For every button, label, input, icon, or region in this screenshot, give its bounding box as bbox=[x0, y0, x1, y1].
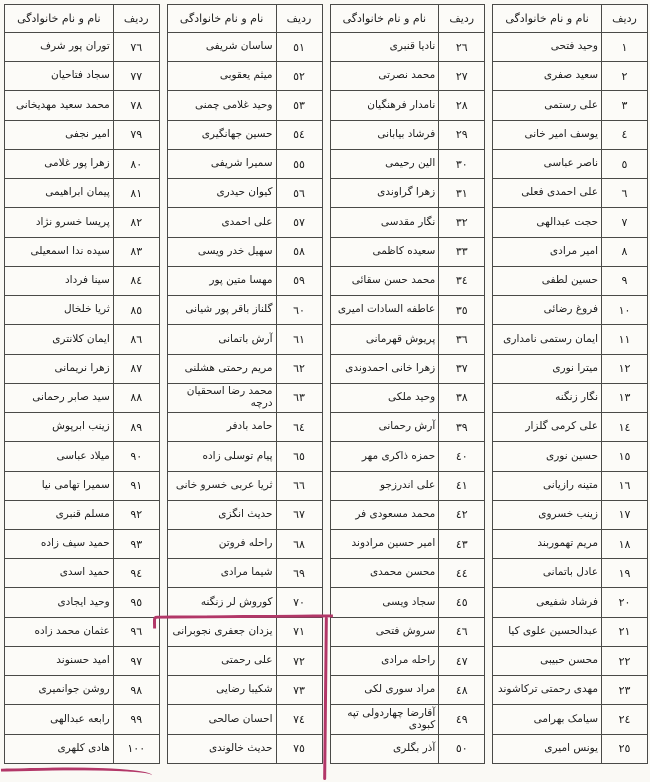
person-name: حدیث خالوندی bbox=[167, 734, 276, 763]
person-name: توران پور شرف bbox=[5, 33, 114, 62]
row-number: ٥٦ bbox=[276, 179, 322, 208]
person-name: سمیرا شریفی bbox=[167, 149, 276, 178]
row-number: ٩٦ bbox=[113, 617, 159, 646]
table-row: ٧٢علی رحمتی bbox=[167, 646, 322, 675]
table-row: ٣١زهرا گراوندی bbox=[330, 179, 485, 208]
person-name: محمد مسعودی فر bbox=[330, 500, 439, 529]
person-name: مهسا متین پور bbox=[167, 266, 276, 295]
person-name: نامدار فرهنگیان bbox=[330, 91, 439, 120]
index-header: ردیف bbox=[439, 5, 485, 33]
row-number: ٦٩ bbox=[276, 559, 322, 588]
row-number: ٧٧ bbox=[113, 62, 159, 91]
row-number: ٩٣ bbox=[113, 529, 159, 558]
row-number: ١٩ bbox=[602, 559, 648, 588]
person-name: علی احمدی فعلی bbox=[493, 179, 602, 208]
person-name: فرشاد بیابانی bbox=[330, 120, 439, 149]
row-number: ٧١ bbox=[276, 617, 322, 646]
table-row: ٤٣امیر حسین مرادوند bbox=[330, 529, 485, 558]
person-name: حدیث انگزی bbox=[167, 500, 276, 529]
table-row: ٦٦ثریا عربی خسرو خانی bbox=[167, 471, 322, 500]
header-row: ردیفنام و نام خانوادگی bbox=[167, 5, 322, 33]
roster-group-3: ردیفنام و نام خانوادگی٥١ساسان شریفی٥٢میث… bbox=[167, 4, 323, 764]
table-row: ٥٦کیوان حیدری bbox=[167, 179, 322, 208]
row-number: ٢١ bbox=[602, 617, 648, 646]
row-number: ٢٠ bbox=[602, 588, 648, 617]
name-header: نام و نام خانوادگی bbox=[5, 5, 114, 33]
row-number: ٥ bbox=[602, 149, 648, 178]
table-row: ٧١یزدان جعفری نجوبرانی bbox=[167, 617, 322, 646]
person-name: راحله مرادی bbox=[330, 646, 439, 675]
row-number: ٧ bbox=[602, 208, 648, 237]
person-name: عثمان محمد زاده bbox=[5, 617, 114, 646]
person-name: راحله فروتن bbox=[167, 529, 276, 558]
table-row: ٤٢محمد مسعودی فر bbox=[330, 500, 485, 529]
row-number: ١ bbox=[602, 33, 648, 62]
row-number: ٦٢ bbox=[276, 354, 322, 383]
table-row: ٨٣سیده ندا اسمعیلی bbox=[5, 237, 160, 266]
table-row: ٨٨سید صابر رحمانی bbox=[5, 383, 160, 412]
table-row: ٥٩مهسا متین پور bbox=[167, 266, 322, 295]
table-row: ٩حسین لطفی bbox=[493, 266, 648, 295]
row-number: ٣١ bbox=[439, 179, 485, 208]
person-name: سجاد فتاحیان bbox=[5, 62, 114, 91]
table-row: ٢سعید صفری bbox=[493, 62, 648, 91]
table-row: ٤١علی اندرزجو bbox=[330, 471, 485, 500]
row-number: ٥٧ bbox=[276, 208, 322, 237]
table-row: ١٥حسین نوری bbox=[493, 442, 648, 471]
row-number: ١٨ bbox=[602, 529, 648, 558]
row-number: ٢٦ bbox=[439, 33, 485, 62]
row-number: ٥٢ bbox=[276, 62, 322, 91]
person-name: محمد حسن سقائی bbox=[330, 266, 439, 295]
name-header: نام و نام خانوادگی bbox=[493, 5, 602, 33]
row-number: ٨٦ bbox=[113, 325, 159, 354]
header-row: ردیفنام و نام خانوادگی bbox=[493, 5, 648, 33]
person-name: یوسف امیر خانی bbox=[493, 120, 602, 149]
table-row: ٤٨مراد سوری لکی bbox=[330, 676, 485, 705]
person-name: فرشاد شفیعی bbox=[493, 588, 602, 617]
row-number: ٣٢ bbox=[439, 208, 485, 237]
row-number: ٨٢ bbox=[113, 208, 159, 237]
row-number: ٩١ bbox=[113, 471, 159, 500]
table-row: ٥٧علی احمدی bbox=[167, 208, 322, 237]
row-number: ٣٨ bbox=[439, 383, 485, 412]
person-name: حمید اسدی bbox=[5, 559, 114, 588]
person-name: سینا فرداد bbox=[5, 266, 114, 295]
person-name: حامد بادفر bbox=[167, 413, 276, 442]
person-name: عبدالحسین علوی کیا bbox=[493, 617, 602, 646]
person-name: زینب خسروی bbox=[493, 500, 602, 529]
table-row: ٦علی احمدی فعلی bbox=[493, 179, 648, 208]
row-number: ٩٠ bbox=[113, 442, 159, 471]
row-number: ٤٣ bbox=[439, 529, 485, 558]
person-name: آرش رحمانی bbox=[330, 413, 439, 442]
table-row: ٩٣حمید سیف زاده bbox=[5, 529, 160, 558]
person-name: سهیل خدر ویسی bbox=[167, 237, 276, 266]
row-number: ٤٨ bbox=[439, 676, 485, 705]
person-name: روشن جوانمیری bbox=[5, 676, 114, 705]
person-name: نگار مقدسی bbox=[330, 208, 439, 237]
row-number: ٨١ bbox=[113, 179, 159, 208]
person-name: سیده ندا اسمعیلی bbox=[5, 237, 114, 266]
table-row: ٢٣مهدی رحمتی ترکاشوند bbox=[493, 676, 648, 705]
person-name: ناصر عباسی bbox=[493, 149, 602, 178]
row-number: ٢ bbox=[602, 62, 648, 91]
person-name: حسین جهانگیری bbox=[167, 120, 276, 149]
table-row: ٤٥سجاد ویسی bbox=[330, 588, 485, 617]
table-row: ٩٠میلاد عباسی bbox=[5, 442, 160, 471]
row-number: ٣٦ bbox=[439, 325, 485, 354]
row-number: ٨٤ bbox=[113, 266, 159, 295]
row-number: ١٣ bbox=[602, 383, 648, 412]
person-name: علی کرمی گلزار bbox=[493, 413, 602, 442]
table-row: ٤٦سروش فتحی bbox=[330, 617, 485, 646]
table-row: ٩٦عثمان محمد زاده bbox=[5, 617, 160, 646]
person-name: ایمان کلانتری bbox=[5, 325, 114, 354]
row-number: ٨٥ bbox=[113, 296, 159, 325]
scanned-roster-sheet: ردیفنام و نام خانوادگی١وحید فتحی٢سعید صف… bbox=[0, 0, 650, 782]
table-row: ٢٦نادیا قنبری bbox=[330, 33, 485, 62]
person-name: محمد نصرتی bbox=[330, 62, 439, 91]
person-name: آقارضا چهاردولی تپه کبودی bbox=[330, 705, 439, 734]
table-row: ١٨مریم تهموربند bbox=[493, 529, 648, 558]
row-number: ٩٥ bbox=[113, 588, 159, 617]
table-row: ٣٩آرش رحمانی bbox=[330, 413, 485, 442]
table-row: ٣٣سعیده کاظمی bbox=[330, 237, 485, 266]
person-name: احسان صالحی bbox=[167, 705, 276, 734]
row-number: ٥٠ bbox=[439, 734, 485, 763]
person-name: سروش فتحی bbox=[330, 617, 439, 646]
table-row: ٣٢نگار مقدسی bbox=[330, 208, 485, 237]
table-row: ٢٠فرشاد شفیعی bbox=[493, 588, 648, 617]
table-row: ١٢میترا نوری bbox=[493, 354, 648, 383]
row-number: ٤١ bbox=[439, 471, 485, 500]
row-number: ٨٩ bbox=[113, 413, 159, 442]
person-name: ایمان رستمی نامداری bbox=[493, 325, 602, 354]
row-number: ٦٥ bbox=[276, 442, 322, 471]
person-name: رابعه عبدالهی bbox=[5, 705, 114, 734]
person-name: پریوش قهرمانی bbox=[330, 325, 439, 354]
table-row: ٢١عبدالحسین علوی کیا bbox=[493, 617, 648, 646]
table-row: ١١ایمان رستمی نامداری bbox=[493, 325, 648, 354]
person-name: حمزه ذاکری مهر bbox=[330, 442, 439, 471]
person-name: عادل باتمانی bbox=[493, 559, 602, 588]
table-row: ٣٧زهرا خانی احمدوندی bbox=[330, 354, 485, 383]
person-name: الین رحیمی bbox=[330, 149, 439, 178]
row-number: ٤٤ bbox=[439, 559, 485, 588]
table-row: ١٧زینب خسروی bbox=[493, 500, 648, 529]
row-number: ١٠ bbox=[602, 296, 648, 325]
header-row: ردیفنام و نام خانوادگی bbox=[5, 5, 160, 33]
person-name: محسن محمدی bbox=[330, 559, 439, 588]
table-row: ٥١ساسان شریفی bbox=[167, 33, 322, 62]
table-row: ٧٧سجاد فتاحیان bbox=[5, 62, 160, 91]
row-number: ٢٤ bbox=[602, 705, 648, 734]
person-name: زینب ابرپوش bbox=[5, 413, 114, 442]
table-row: ٩٨روشن جوانمیری bbox=[5, 676, 160, 705]
name-header: نام و نام خانوادگی bbox=[330, 5, 439, 33]
row-number: ٨٨ bbox=[113, 383, 159, 412]
row-number: ٤ bbox=[602, 120, 648, 149]
row-number: ٥٩ bbox=[276, 266, 322, 295]
row-number: ٢٥ bbox=[602, 734, 648, 763]
table-row: ٨٧زهرا نریمانی bbox=[5, 354, 160, 383]
person-name: امید حسنوند bbox=[5, 646, 114, 675]
person-name: سعید صفری bbox=[493, 62, 602, 91]
table-row: ٤٤محسن محمدی bbox=[330, 559, 485, 588]
row-number: ٩٨ bbox=[113, 676, 159, 705]
person-name: گلناز باقر پور شیانی bbox=[167, 296, 276, 325]
person-name: حمید سیف زاده bbox=[5, 529, 114, 558]
row-number: ١٢ bbox=[602, 354, 648, 383]
person-name: سمیرا تهامی نیا bbox=[5, 471, 114, 500]
table-row: ٤٠حمزه ذاکری مهر bbox=[330, 442, 485, 471]
person-name: آرش باتمانی bbox=[167, 325, 276, 354]
row-number: ٧٦ bbox=[113, 33, 159, 62]
row-number: ٩٢ bbox=[113, 500, 159, 529]
table-row: ١وحید فتحی bbox=[493, 33, 648, 62]
row-number: ٧٨ bbox=[113, 91, 159, 120]
table-row: ٧٨محمد سعید مهدیخانی bbox=[5, 91, 160, 120]
person-name: کیوان حیدری bbox=[167, 179, 276, 208]
person-name: نگار زنگنه bbox=[493, 383, 602, 412]
person-name: وحید غلامی چمنی bbox=[167, 91, 276, 120]
table-row: ٨٢پریسا خسرو نژاد bbox=[5, 208, 160, 237]
person-name: مریم رحمتی هشلنی bbox=[167, 354, 276, 383]
table-row: ٧٩امیر نجفی bbox=[5, 120, 160, 149]
person-name: وحید ایجادی bbox=[5, 588, 114, 617]
table-row: ٣٠الین رحیمی bbox=[330, 149, 485, 178]
table-row: ٨٠زهرا پور غلامی bbox=[5, 149, 160, 178]
row-number: ٦٠ bbox=[276, 296, 322, 325]
table-row: ٧٥حدیث خالوندی bbox=[167, 734, 322, 763]
table-row: ٣٨وحید ملکی bbox=[330, 383, 485, 412]
row-number: ٢٨ bbox=[439, 91, 485, 120]
person-name: امیر مرادی bbox=[493, 237, 602, 266]
table-row: ٨١پیمان ابراهیمی bbox=[5, 179, 160, 208]
person-name: یزدان جعفری نجوبرانی bbox=[167, 617, 276, 646]
table-row: ٥٥سمیرا شریفی bbox=[167, 149, 322, 178]
table-row: ٩٩رابعه عبدالهی bbox=[5, 705, 160, 734]
person-name: کوروش لر زنگنه bbox=[167, 588, 276, 617]
row-number: ٧٥ bbox=[276, 734, 322, 763]
person-name: زهرا خانی احمدوندی bbox=[330, 354, 439, 383]
table-row: ٣٤محمد حسن سقائی bbox=[330, 266, 485, 295]
person-name: امیر نجفی bbox=[5, 120, 114, 149]
person-name: سیامک بهرامی bbox=[493, 705, 602, 734]
table-row: ٩٧امید حسنوند bbox=[5, 646, 160, 675]
index-header: ردیف bbox=[276, 5, 322, 33]
person-name: متینه رازیانی bbox=[493, 471, 602, 500]
table-row: ٦٨راحله فروتن bbox=[167, 529, 322, 558]
row-number: ٦٨ bbox=[276, 529, 322, 558]
roster-group-4: ردیفنام و نام خانوادگی٧٦توران پور شرف٧٧س… bbox=[4, 4, 160, 764]
row-number: ٩٤ bbox=[113, 559, 159, 588]
table-row: ٦٥پیام توسلی زاده bbox=[167, 442, 322, 471]
row-number: ٦٣ bbox=[276, 383, 322, 412]
row-number: ٣٧ bbox=[439, 354, 485, 383]
row-number: ٥٥ bbox=[276, 149, 322, 178]
row-number: ٢٢ bbox=[602, 646, 648, 675]
table-row: ٥٢میثم یعقوبی bbox=[167, 62, 322, 91]
row-number: ٤٩ bbox=[439, 705, 485, 734]
row-number: ٨٣ bbox=[113, 237, 159, 266]
row-number: ٧٠ bbox=[276, 588, 322, 617]
table-row: ٤٩آقارضا چهاردولی تپه کبودی bbox=[330, 705, 485, 734]
person-name: پیمان ابراهیمی bbox=[5, 179, 114, 208]
index-header: ردیف bbox=[113, 5, 159, 33]
table-row: ٢٧محمد نصرتی bbox=[330, 62, 485, 91]
person-name: سعیده کاظمی bbox=[330, 237, 439, 266]
person-name: هادی کلهری bbox=[5, 734, 114, 763]
table-row: ٤یوسف امیر خانی bbox=[493, 120, 648, 149]
row-number: ٦ bbox=[602, 179, 648, 208]
row-number: ٥٤ bbox=[276, 120, 322, 149]
person-name: پیام توسلی زاده bbox=[167, 442, 276, 471]
row-number: ٥٣ bbox=[276, 91, 322, 120]
row-number: ٤٥ bbox=[439, 588, 485, 617]
table-row: ٣٦پریوش قهرمانی bbox=[330, 325, 485, 354]
person-name: مسلم قنبری bbox=[5, 500, 114, 529]
table-row: ٩٤حمید اسدی bbox=[5, 559, 160, 588]
person-name: شکیبا رضایی bbox=[167, 676, 276, 705]
table-row: ٧٤احسان صالحی bbox=[167, 705, 322, 734]
table-row: ٨٤سینا فرداد bbox=[5, 266, 160, 295]
person-name: زهرا پور غلامی bbox=[5, 149, 114, 178]
table-row: ٦٧حدیث انگزی bbox=[167, 500, 322, 529]
row-number: ٨ bbox=[602, 237, 648, 266]
person-name: محسن حبیبی bbox=[493, 646, 602, 675]
person-name: نادیا قنبری bbox=[330, 33, 439, 62]
row-number: ٧٢ bbox=[276, 646, 322, 675]
person-name: عاطفه السادات امیری bbox=[330, 296, 439, 325]
row-number: ٧٩ bbox=[113, 120, 159, 149]
row-number: ٦٤ bbox=[276, 413, 322, 442]
roster-group-1: ردیفنام و نام خانوادگی١وحید فتحی٢سعید صف… bbox=[492, 4, 648, 764]
row-number: ١١ bbox=[602, 325, 648, 354]
row-number: ١٤ bbox=[602, 413, 648, 442]
row-number: ١٦ bbox=[602, 471, 648, 500]
table-row: ٢٩فرشاد بیابانی bbox=[330, 120, 485, 149]
row-number: ٥٨ bbox=[276, 237, 322, 266]
table-row: ٦١آرش باتمانی bbox=[167, 325, 322, 354]
row-number: ٣٤ bbox=[439, 266, 485, 295]
table-row: ٦٤حامد بادفر bbox=[167, 413, 322, 442]
row-number: ١٧ bbox=[602, 500, 648, 529]
row-number: ٤٢ bbox=[439, 500, 485, 529]
table-row: ٦٣محمد رضا اسحقیان درچه bbox=[167, 383, 322, 412]
person-name: حجت عبدالهی bbox=[493, 208, 602, 237]
row-number: ٩٩ bbox=[113, 705, 159, 734]
person-name: میترا نوری bbox=[493, 354, 602, 383]
table-row: ٦٩شیما مرادی bbox=[167, 559, 322, 588]
roster-table: ردیفنام و نام خانوادگی١وحید فتحی٢سعید صف… bbox=[4, 4, 648, 764]
table-row: ٧٣شکیبا رضایی bbox=[167, 676, 322, 705]
person-name: محمد رضا اسحقیان درچه bbox=[167, 383, 276, 412]
index-header: ردیف bbox=[602, 5, 648, 33]
row-number: ٦٦ bbox=[276, 471, 322, 500]
table-row: ١٠٠هادی کلهری bbox=[5, 734, 160, 763]
person-name: علی اندرزجو bbox=[330, 471, 439, 500]
table-row: ٢٤سیامک بهرامی bbox=[493, 705, 648, 734]
table-row: ٨امیر مرادی bbox=[493, 237, 648, 266]
table-row: ٢٥یونس امیری bbox=[493, 734, 648, 763]
row-number: ٩٧ bbox=[113, 646, 159, 675]
row-number: ٣٩ bbox=[439, 413, 485, 442]
row-number: ٣٠ bbox=[439, 149, 485, 178]
row-number: ٥١ bbox=[276, 33, 322, 62]
row-number: ٩ bbox=[602, 266, 648, 295]
person-name: ثریا خلخال bbox=[5, 296, 114, 325]
red-marker-underline bbox=[1, 765, 152, 780]
row-number: ٤٧ bbox=[439, 646, 485, 675]
table-row: ١٣نگار زنگنه bbox=[493, 383, 648, 412]
table-row: ٧حجت عبدالهی bbox=[493, 208, 648, 237]
person-name: حسین نوری bbox=[493, 442, 602, 471]
row-number: ١٥ bbox=[602, 442, 648, 471]
row-number: ٨٧ bbox=[113, 354, 159, 383]
table-row: ٧٦توران پور شرف bbox=[5, 33, 160, 62]
roster-group-2: ردیفنام و نام خانوادگی٢٦نادیا قنبری٢٧محم… bbox=[330, 4, 486, 764]
row-number: ٨٠ bbox=[113, 149, 159, 178]
person-name: وحید ملکی bbox=[330, 383, 439, 412]
row-number: ٣٥ bbox=[439, 296, 485, 325]
table-row: ٨٩زینب ابرپوش bbox=[5, 413, 160, 442]
name-header: نام و نام خانوادگی bbox=[167, 5, 276, 33]
person-name: حسین لطفی bbox=[493, 266, 602, 295]
table-row: ١٤علی کرمی گلزار bbox=[493, 413, 648, 442]
person-name: ساسان شریفی bbox=[167, 33, 276, 62]
row-number: ٦٧ bbox=[276, 500, 322, 529]
table-row: ٩٢مسلم قنبری bbox=[5, 500, 160, 529]
person-name: وحید فتحی bbox=[493, 33, 602, 62]
table-row: ٥٣وحید غلامی چمنی bbox=[167, 91, 322, 120]
table-row: ١٠فروغ رضائی bbox=[493, 296, 648, 325]
table-row: ٣علی رستمی bbox=[493, 91, 648, 120]
person-name: میثم یعقوبی bbox=[167, 62, 276, 91]
person-name: شیما مرادی bbox=[167, 559, 276, 588]
table-row: ٩١سمیرا تهامی نیا bbox=[5, 471, 160, 500]
row-number: ٣٣ bbox=[439, 237, 485, 266]
person-name: سید صابر رحمانی bbox=[5, 383, 114, 412]
table-row: ١٦متینه رازیانی bbox=[493, 471, 648, 500]
row-number: ٣ bbox=[602, 91, 648, 120]
header-row: ردیفنام و نام خانوادگی bbox=[330, 5, 485, 33]
person-name: مهدی رحمتی ترکاشوند bbox=[493, 676, 602, 705]
person-name: ثریا عربی خسرو خانی bbox=[167, 471, 276, 500]
row-number: ٤٦ bbox=[439, 617, 485, 646]
table-row: ٢٨نامدار فرهنگیان bbox=[330, 91, 485, 120]
row-number: ٧٣ bbox=[276, 676, 322, 705]
row-number: ٢٩ bbox=[439, 120, 485, 149]
person-name: علی رحمتی bbox=[167, 646, 276, 675]
table-row: ٩٥وحید ایجادی bbox=[5, 588, 160, 617]
table-row: ٨٥ثریا خلخال bbox=[5, 296, 160, 325]
person-name: علی رستمی bbox=[493, 91, 602, 120]
row-number: ٢٧ bbox=[439, 62, 485, 91]
person-name: یونس امیری bbox=[493, 734, 602, 763]
person-name: زهرا نریمانی bbox=[5, 354, 114, 383]
table-row: ٧٠کوروش لر زنگنه bbox=[167, 588, 322, 617]
table-row: ٦٢مریم رحمتی هشلنی bbox=[167, 354, 322, 383]
table-row: ٥٨سهیل خدر ویسی bbox=[167, 237, 322, 266]
table-row: ٦٠گلناز باقر پور شیانی bbox=[167, 296, 322, 325]
person-name: میلاد عباسی bbox=[5, 442, 114, 471]
person-name: محمد سعید مهدیخانی bbox=[5, 91, 114, 120]
table-row: ٢٢محسن حبیبی bbox=[493, 646, 648, 675]
person-name: پریسا خسرو نژاد bbox=[5, 208, 114, 237]
row-number: ١٠٠ bbox=[113, 734, 159, 763]
